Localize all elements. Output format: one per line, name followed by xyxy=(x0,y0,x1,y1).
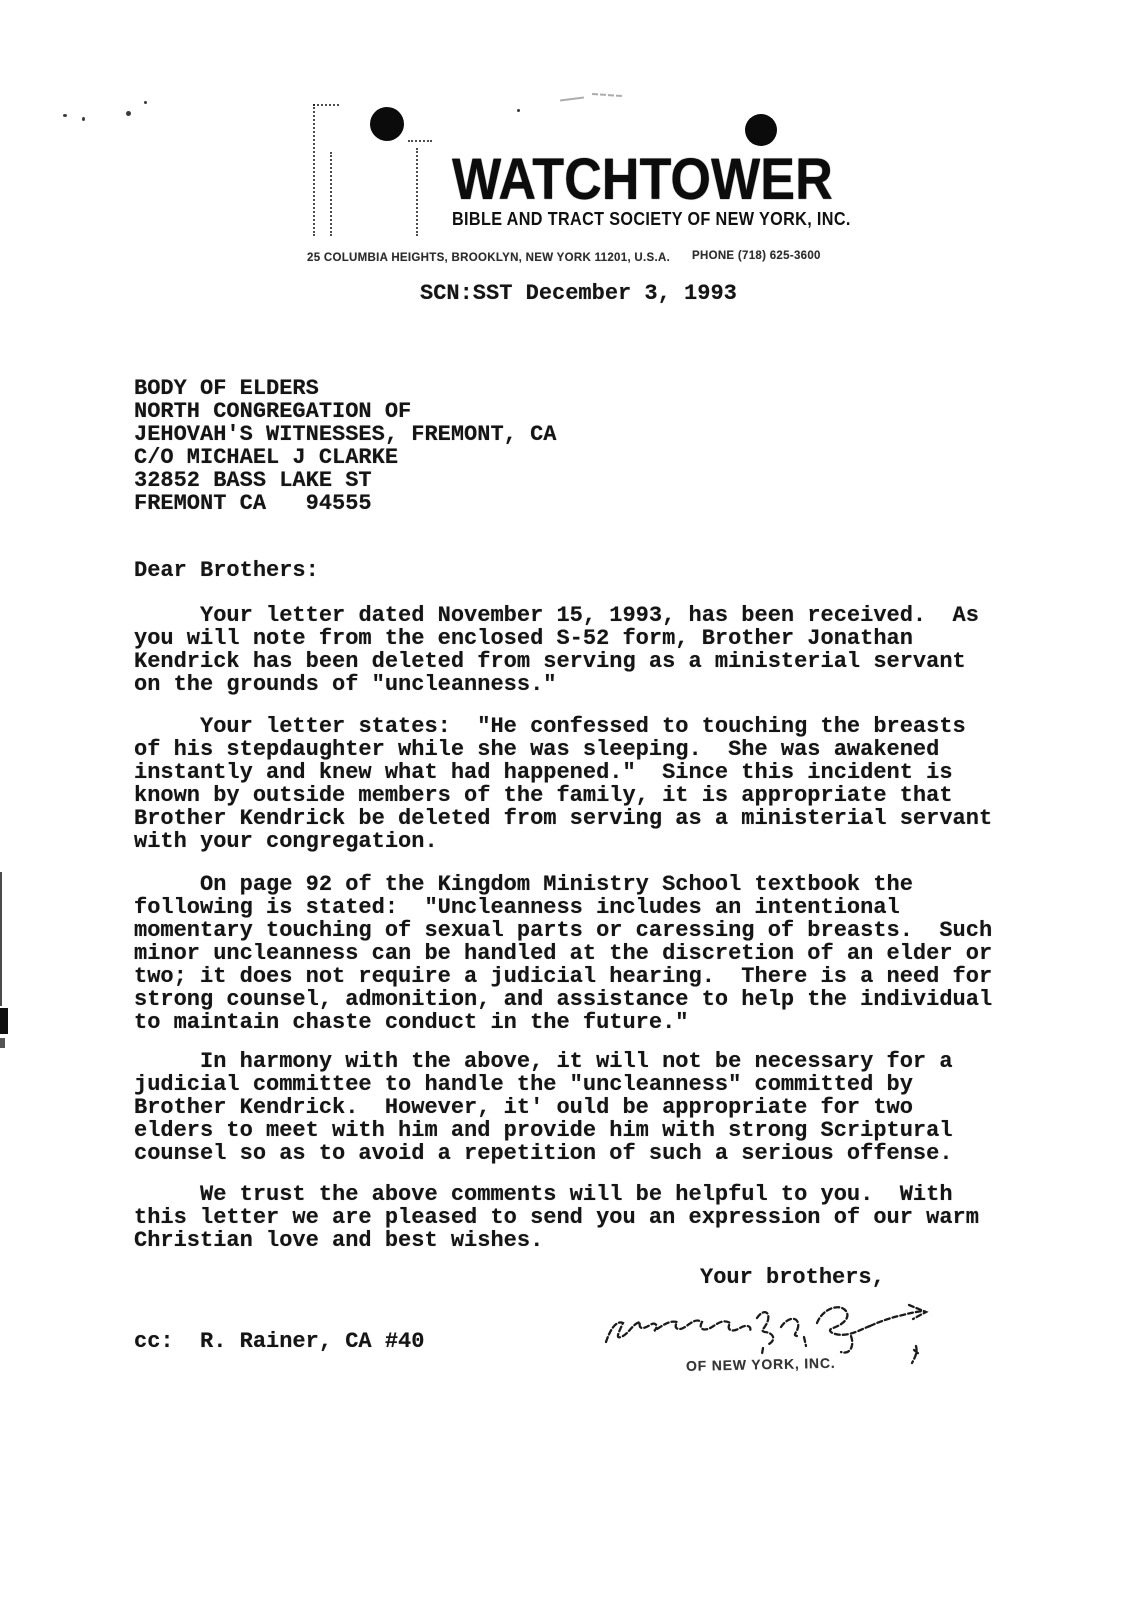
scan-edge-mark xyxy=(0,1038,5,1048)
org-subtitle: BIBLE AND TRACT SOCIETY OF NEW YORK, INC… xyxy=(452,209,851,229)
letter-page: WATCHTOWER BIBLE AND TRACT SOCIETY OF NE… xyxy=(0,0,1131,1600)
scan-speck xyxy=(63,114,67,117)
body-paragraph-2: Your letter states: "He confessed to tou… xyxy=(134,715,1034,853)
scan-speck xyxy=(144,101,147,104)
body-paragraph-3: On page 92 of the Kingdom Ministry Schoo… xyxy=(134,873,1034,1034)
scan-mark xyxy=(560,97,584,102)
body-paragraph-1: Your letter dated November 15, 1993, has… xyxy=(134,604,1034,696)
tower-right-edge xyxy=(416,148,418,236)
tower-left-edge xyxy=(313,104,315,236)
tower-inner-edge xyxy=(330,152,332,236)
tower-top-ledge xyxy=(313,104,339,106)
reference-date-line: SCN:SST December 3, 1993 xyxy=(420,282,737,305)
scan-speck xyxy=(82,117,85,121)
valediction: Your brothers, xyxy=(700,1266,885,1289)
scan-edge-mark xyxy=(0,872,2,1006)
org-name: WATCHTOWER xyxy=(452,150,833,210)
letterhead-address: 25 COLUMBIA HEIGHTS, BROOKLYN, NEW YORK … xyxy=(307,252,670,265)
scan-speck xyxy=(517,109,520,112)
letterhead-phone: PHONE (718) 625-3600 xyxy=(692,250,821,263)
scan-mark xyxy=(592,93,622,97)
scan-speck xyxy=(126,111,131,116)
cc-line: cc: R. Rainer, CA #40 xyxy=(134,1330,424,1353)
punch-hole-right-mark xyxy=(745,114,777,146)
punch-hole-left-mark xyxy=(370,107,404,141)
recipient-address-block: BODY OF ELDERS NORTH CONGREGATION OF JEH… xyxy=(134,377,556,515)
body-paragraph-4: In harmony with the above, it will not b… xyxy=(134,1050,1034,1165)
scan-edge-mark xyxy=(0,1008,8,1034)
body-paragraph-5: We trust the above comments will be help… xyxy=(134,1183,1034,1252)
salutation: Dear Brothers: xyxy=(134,559,319,582)
tower-right-ledge xyxy=(408,140,432,142)
